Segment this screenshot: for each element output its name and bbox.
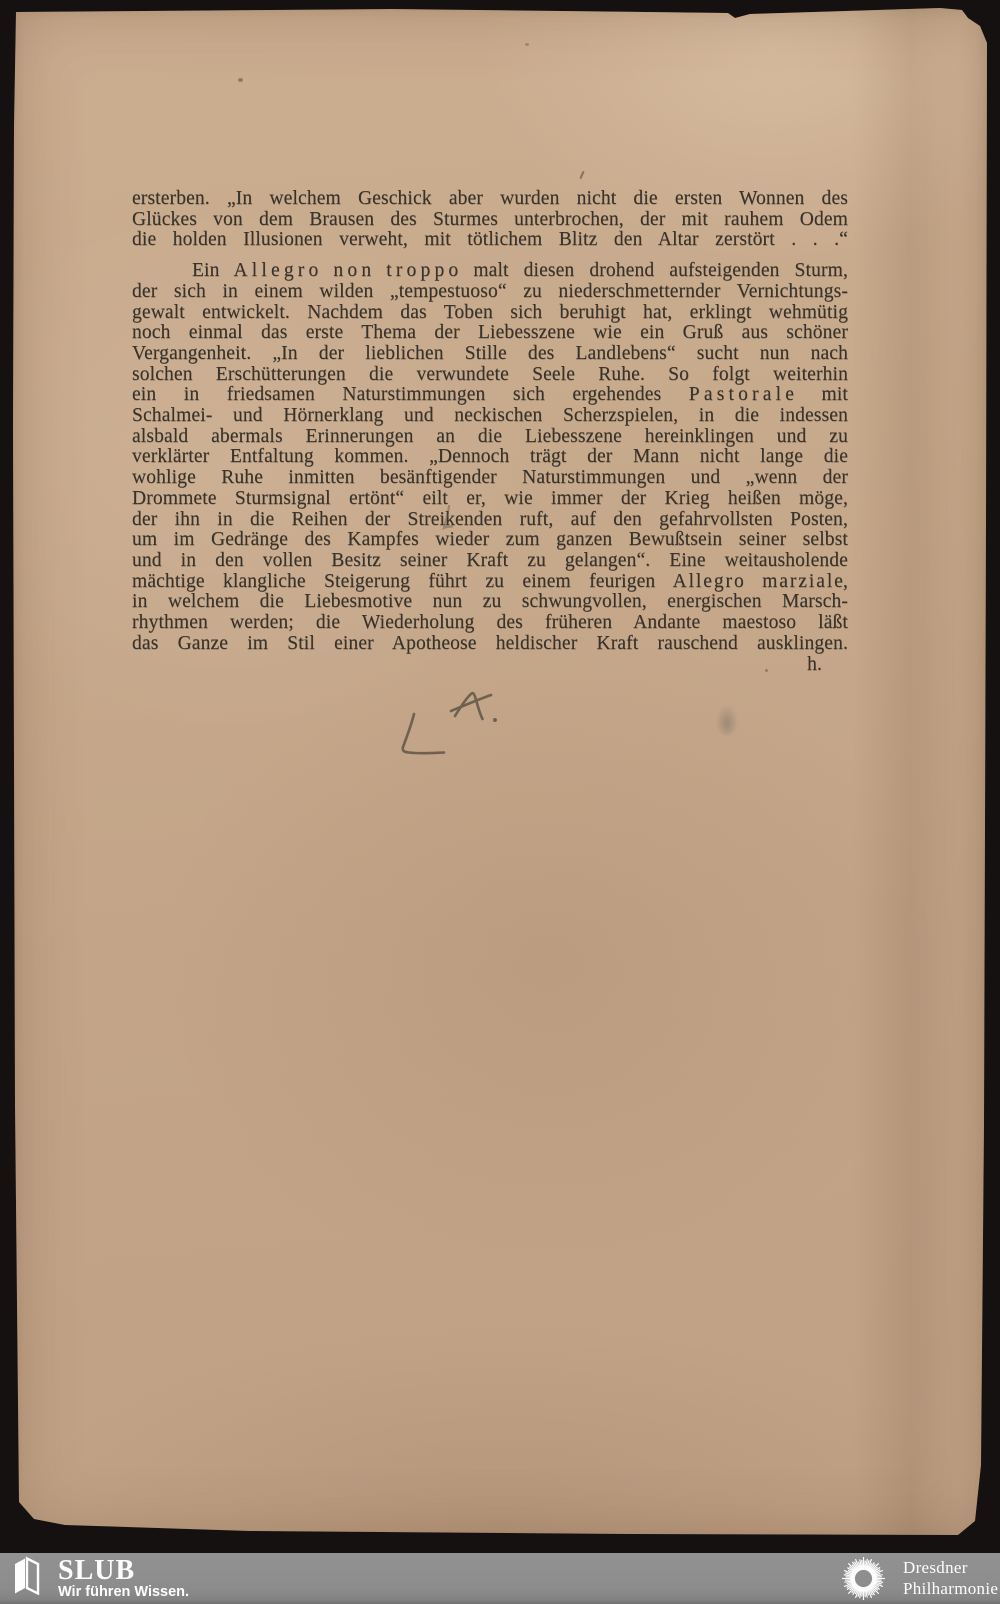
author-initial: h.	[132, 654, 848, 675]
slub-branding: SLUB Wir führen Wissen.	[13, 1556, 189, 1600]
text-line: ein in friedsamen Naturstimmungen sich e…	[132, 385, 848, 406]
text-line: und in den vollen Besitz seiner Kraft zu…	[132, 551, 848, 572]
paragraph: ersterben. „In welchem Geschick aber wur…	[132, 189, 848, 251]
paper-speck	[238, 78, 243, 82]
paragraphs-container: ersterben. „In welchem Geschick aber wur…	[132, 189, 848, 654]
text-line: um im Gedränge des Kampfes wieder zum ga…	[132, 530, 848, 551]
footer-bar: SLUB Wir führen Wissen. Dresdner Philhar…	[0, 1553, 1000, 1604]
partner-name-line2: Philharmonie	[903, 1579, 998, 1600]
text-line: das Ganze im Stil einer Apotheose heldis…	[132, 634, 848, 655]
text-line: alsbald abermals Erinnerungen an die Lie…	[132, 427, 848, 448]
text-line: der ihn in die Reihen der Streikenden ru…	[132, 510, 848, 531]
sunburst-icon	[840, 1555, 887, 1602]
text-line: verklärter Entfaltung kommen. „Dennoch t…	[132, 447, 848, 468]
text-line: Glückes von dem Brausen des Sturmes unte…	[132, 210, 848, 231]
text-line: noch einmal das erste Thema der Liebessz…	[132, 323, 848, 344]
text-line: Schalmei- und Hörnerklang und neckischen…	[132, 406, 848, 427]
partner-name: Dresdner Philharmonie	[903, 1558, 998, 1599]
partner-name-line1: Dresdner	[903, 1558, 998, 1579]
text-line: Drommete Sturmsignal ertönt“ eilt er, wi…	[132, 489, 848, 510]
slub-name: SLUB	[58, 1556, 189, 1585]
slub-tagline: Wir führen Wissen.	[58, 1585, 189, 1600]
text-line: der sich in einem wilden „tempestuoso“ z…	[132, 282, 848, 303]
text-line: Ein A l l e g r o n o n t r o p p o malt…	[132, 261, 848, 282]
text-line: wohlige Ruhe inmitten besänftigender Nat…	[132, 468, 848, 489]
text-line: solchen Erschütterungen die verwundete S…	[132, 365, 848, 386]
partner-branding: Dresdner Philharmonie	[840, 1555, 998, 1602]
text-column: ersterben. „In welchem Geschick aber wur…	[132, 189, 848, 675]
text-line: die holden Illusionen verweht, mit tötli…	[132, 230, 848, 251]
pencil-tick	[579, 171, 584, 179]
page-background: { "background_color": "#151111", "paper"…	[0, 0, 1000, 1604]
text-line: rhythmen werden; die Wiederholung des fr…	[132, 613, 848, 634]
text-line: Vergangenheit. „In der lieblichen Stille…	[132, 344, 848, 365]
slub-book-icon	[13, 1556, 40, 1595]
paper-speck	[525, 43, 529, 46]
text-line: gewalt entwickelt. Nachdem das Toben sic…	[132, 303, 848, 324]
text-line: in welchem die Liebesmotive nun zu schwu…	[132, 592, 848, 613]
text-line: mächtige klangliche Steigerung führt zu …	[132, 572, 848, 593]
paragraph: Ein A l l e g r o n o n t r o p p o malt…	[132, 261, 848, 654]
paper-smudge	[716, 705, 738, 735]
text-line: ersterben. „In welchem Geschick aber wur…	[132, 189, 848, 210]
